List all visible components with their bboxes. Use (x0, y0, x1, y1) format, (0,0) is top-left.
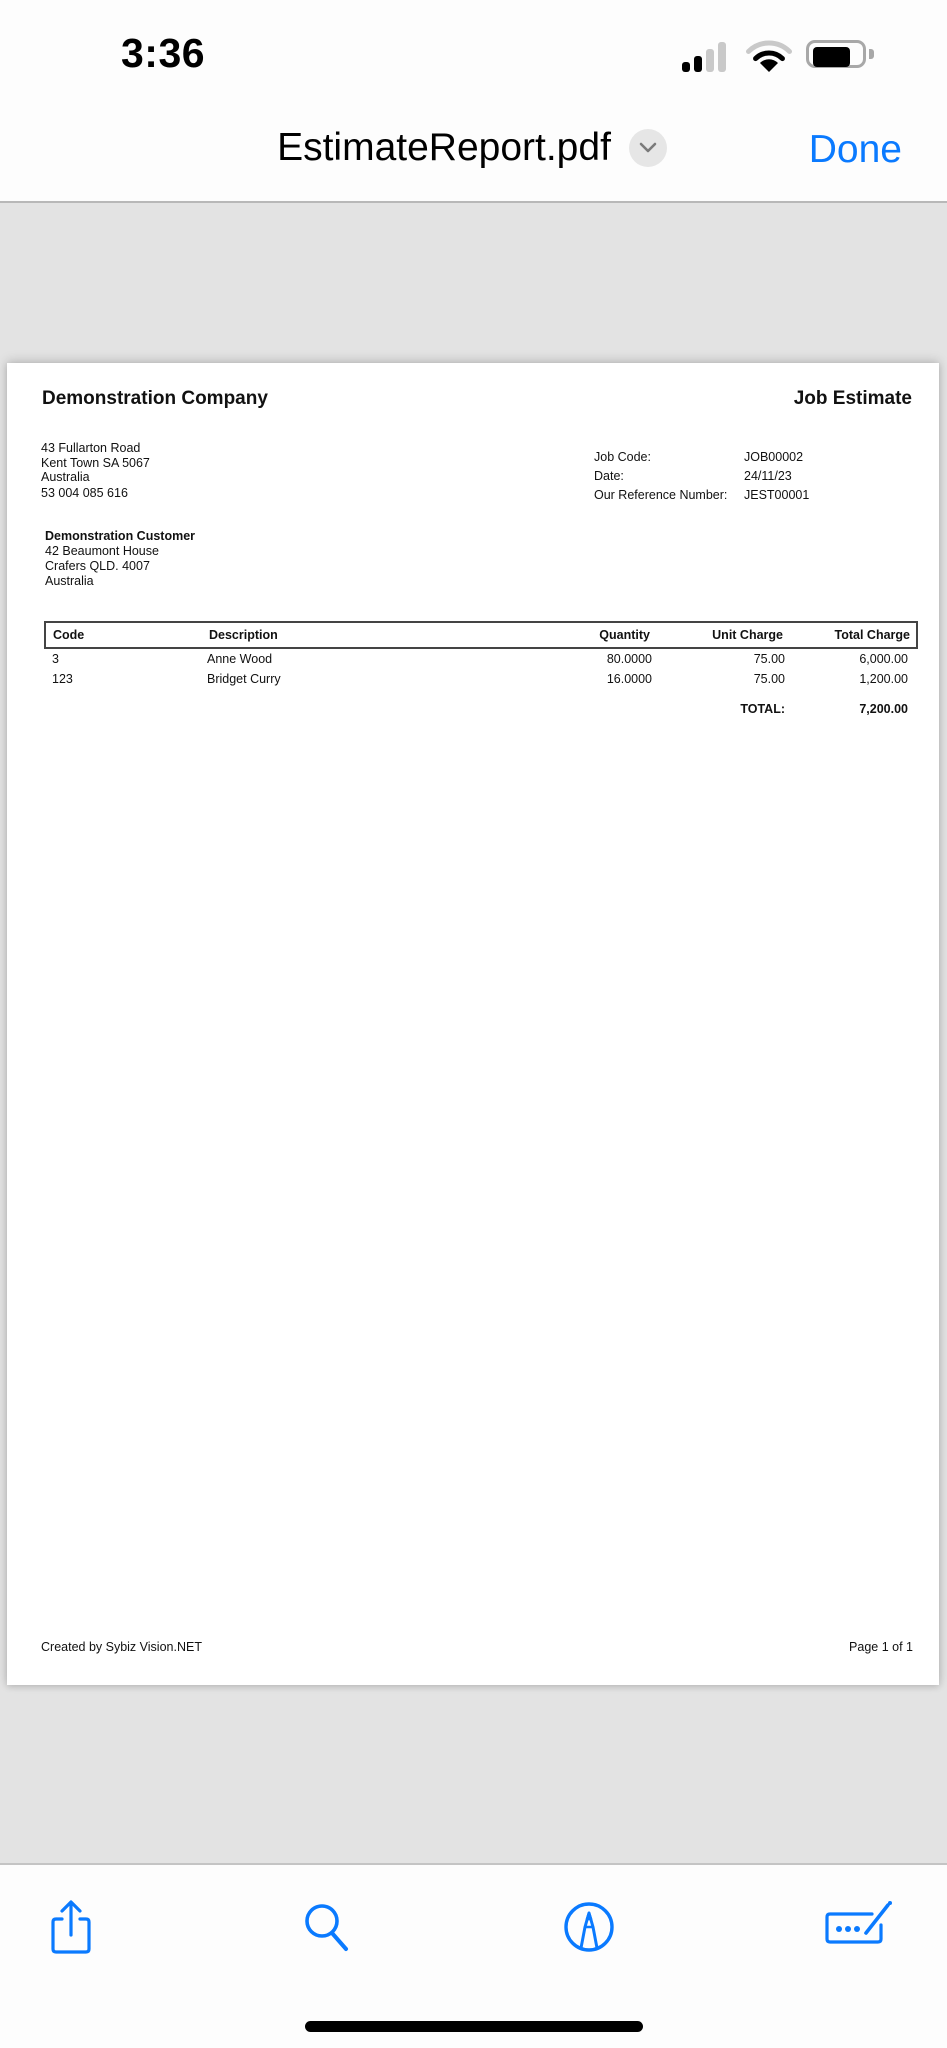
table-row: 3 Anne Wood 80.0000 75.00 6,000.00 (44, 649, 918, 669)
footer-created-by: Created by Sybiz Vision.NET (41, 1640, 202, 1654)
battery-icon (806, 40, 876, 72)
header-description: Description (209, 628, 278, 642)
total-value: 7,200.00 (859, 702, 908, 716)
cell-unit-charge: 75.00 (754, 652, 785, 666)
customer-address-line: Crafers QLD. 4007 (45, 559, 195, 574)
bottom-toolbar (0, 1863, 947, 2048)
table-header: Code Description Quantity Unit Charge To… (44, 621, 918, 649)
title-menu-button[interactable] (629, 129, 667, 167)
meta-label: Our Reference Number: (594, 486, 744, 505)
address-line: 43 Fullarton Road (41, 441, 150, 456)
wifi-icon (746, 40, 792, 74)
pdf-page: Demonstration Company Job Estimate 43 Fu… (7, 363, 939, 1685)
cell-unit-charge: 75.00 (754, 672, 785, 686)
cell-total-charge: 6,000.00 (859, 652, 908, 666)
document-heading: Job Estimate (794, 388, 912, 410)
cell-code: 3 (52, 652, 59, 666)
fill-and-sign-button[interactable] (822, 1897, 898, 1957)
pdf-viewer[interactable]: Demonstration Company Job Estimate 43 Fu… (0, 203, 947, 1863)
meta-label: Job Code: (594, 448, 744, 467)
cell-quantity: 80.0000 (607, 652, 652, 666)
cell-quantity: 16.0000 (607, 672, 652, 686)
footer-page-info: Page 1 of 1 (849, 1640, 913, 1654)
meta-row-reference: Our Reference Number: JEST00001 (594, 486, 809, 505)
meta-value: 24/11/23 (744, 467, 792, 486)
done-button[interactable]: Done (809, 128, 902, 172)
status-time: 3:36 (121, 30, 205, 77)
cellular-signal-icon (682, 42, 732, 72)
search-button[interactable] (298, 1897, 358, 1957)
total-label: TOTAL: (740, 702, 785, 716)
header-unit-charge: Unit Charge (712, 628, 783, 642)
customer-name: Demonstration Customer (45, 529, 195, 544)
address-line: Kent Town SA 5067 (41, 456, 150, 471)
header-total-charge: Total Charge (835, 628, 910, 642)
share-button[interactable] (41, 1897, 101, 1957)
meta-label: Date: (594, 467, 744, 486)
meta-value: JOB00002 (744, 448, 803, 467)
meta-row-date: Date: 24/11/23 (594, 467, 809, 486)
total-row: TOTAL: 7,200.00 (44, 702, 918, 722)
share-icon (46, 1899, 96, 1955)
markup-pen-icon (561, 1899, 617, 1955)
meta-row-job-code: Job Code: JOB00002 (594, 448, 809, 467)
cell-code: 123 (52, 672, 73, 686)
customer-block: Demonstration Customer 42 Beaumont House… (45, 529, 195, 589)
header-quantity: Quantity (599, 628, 650, 642)
company-address: 43 Fullarton Road Kent Town SA 5067 Aust… (41, 441, 150, 500)
company-abn: 53 004 085 616 (41, 486, 150, 501)
address-line: Australia (41, 470, 150, 485)
customer-address-line: Australia (45, 574, 195, 589)
meta-value: JEST00001 (744, 486, 809, 505)
company-name: Demonstration Company (42, 388, 268, 410)
customer-address-line: 42 Beaumont House (45, 544, 195, 559)
markup-button[interactable] (559, 1897, 619, 1957)
signature-icon (822, 1899, 898, 1955)
navigation-bar: EstimateReport.pdf Done (0, 112, 947, 203)
status-bar: 3:36 (0, 0, 947, 112)
estimate-table: Code Description Quantity Unit Charge To… (44, 621, 918, 689)
cell-total-charge: 1,200.00 (859, 672, 908, 686)
job-meta: Job Code: JOB00002 Date: 24/11/23 Our Re… (594, 448, 809, 505)
chevron-down-icon (639, 142, 657, 154)
cell-description: Bridget Curry (207, 672, 281, 686)
header-code: Code (53, 628, 84, 642)
table-row: 123 Bridget Curry 16.0000 75.00 1,200.00 (44, 669, 918, 689)
cell-description: Anne Wood (207, 652, 272, 666)
document-title[interactable]: EstimateReport.pdf (277, 126, 611, 170)
search-icon (300, 1899, 356, 1955)
home-indicator[interactable] (305, 2021, 643, 2032)
